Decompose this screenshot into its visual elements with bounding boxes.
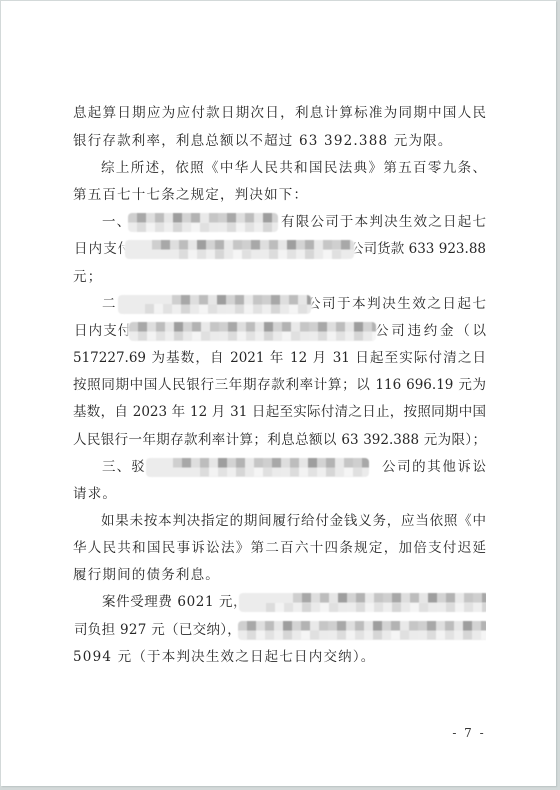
text-line: 日内支付 公司货款 633 923.88 [73,236,486,263]
line-prefix: 三、驳 [102,454,146,481]
text-line: 第五百七十七条之规定，判决如下： [73,182,486,209]
redacted-text-block [146,458,369,477]
text-line: 华人民共和国民事诉讼法》第二百六十四条规定，加倍支付迟延 [73,535,486,562]
text-line: 司负担 927 元（已交纳）， [73,617,486,644]
redacted-text-block [238,621,486,640]
line-suffix: 有限公司于本判决生效之日起七 [281,209,486,236]
line-suffix: 公司的其他诉讼 [382,454,486,481]
text-line: 息起算日期应为应付款日期次日，利息计算标准为同期中国人民 [73,100,486,127]
text-line: 基数，自 2023 年 12 月 31 日起至实际付清之日止，按照同期中国 [73,399,486,426]
redacted-text-block [239,593,486,612]
text-line: 三、驳 公司的其他诉讼 [73,454,486,481]
text-line: 二 公司于本判决生效之日起七 [73,291,486,318]
line-prefix: 日内支付 [74,318,132,345]
line-prefix: 案件受理费 6021 元， [102,589,247,616]
text-line: 如果未按本判决指定的期间履行给付金钱义务，应当依照《中 [101,508,486,535]
line-prefix: 日内支付 [74,236,132,263]
text-line: 综上所述，依照《中华人民共和国民法典》第五百零九条、 [101,155,486,182]
line-prefix: 司负担 927 元（已交纳）， [74,617,241,644]
redacted-text-block [125,240,354,259]
redacted-text-block [128,213,278,232]
text-line: 请求。 [73,481,486,508]
text-line: 案件受理费 6021 元， [73,589,486,616]
line-prefix: 二 [102,291,117,318]
line-suffix: 公司货款 633 923.88 [350,236,486,263]
line-suffix: 公司于本判决生效之日起七 [307,291,486,318]
document-page: 息起算日期应为应付款日期次日，利息计算标准为同期中国人民 银行存款利率，利息总额… [1,1,556,786]
line-prefix: 一、 [102,209,131,236]
text-line: 人民银行一年期存款利率计算；利息总额以 63 392.388 元为限）； [73,427,486,454]
text-line: 按照同期中国人民银行三年期存款利率计算；以 116 696.19 元为 [73,372,486,399]
text-line: 一、 有限公司于本判决生效之日起七 [73,209,486,236]
text-line: 日内支付 公司违约金（以 [73,318,486,345]
line-suffix: 公司违约金（以 [375,318,486,345]
text-line: 5094 元（于本判决生效之日起七日内交纳）。 [73,644,486,671]
text-line: 元； [73,264,486,291]
text-line: 履行期间的债务利息。 [73,562,486,589]
text-line: 517227.69 为基数，自 2021 年 12 月 31 日起至实际付清之日… [73,345,486,372]
redacted-text-block [129,322,376,341]
text-line: 银行存款利率，利息总额以不超过 63 392.388 元为限。 [73,128,486,155]
page-number: - 7 - [449,720,489,746]
redacted-text-block [118,295,311,314]
